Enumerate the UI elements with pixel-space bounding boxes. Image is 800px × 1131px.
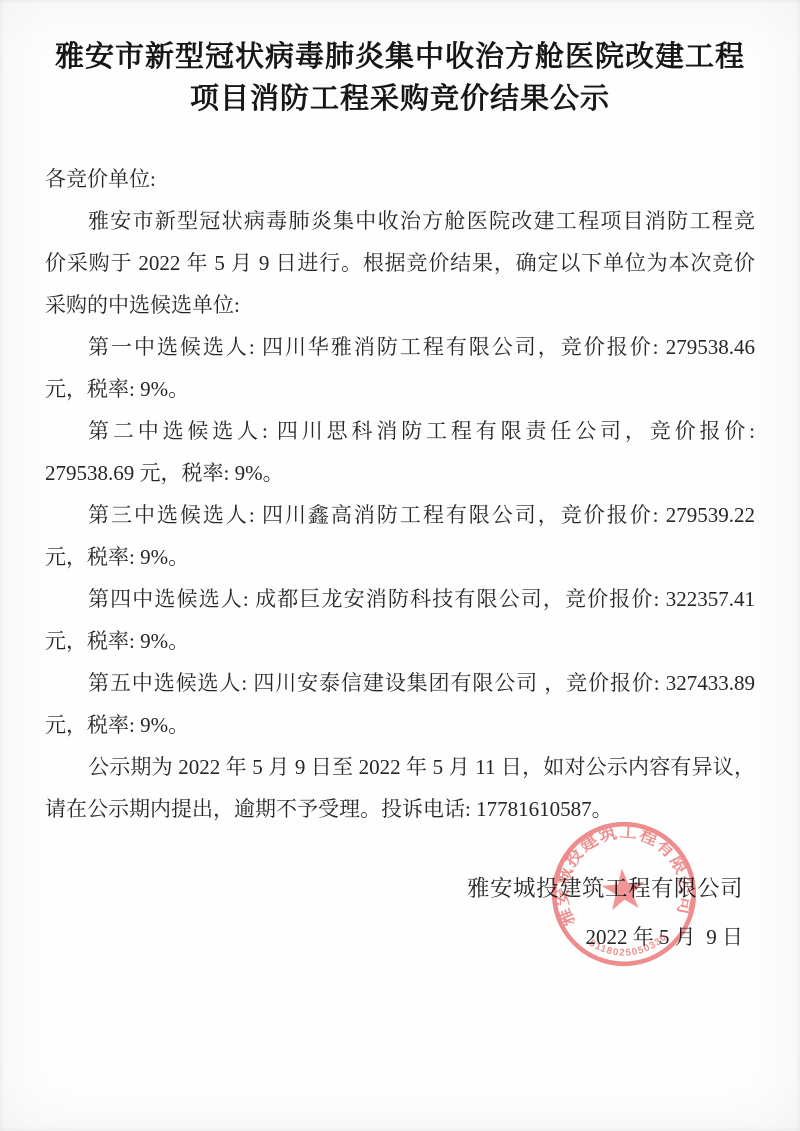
signature-date: 2022 年 5 月 9 日 bbox=[586, 916, 744, 958]
candidate-3-line-1: 第三中选候选人: 四川鑫高消防工程有限公司，竞价报价: 279539.22 bbox=[45, 494, 755, 536]
announcement-page: 雅安市新型冠状病毒肺炎集中收治方舱医院改建工程 项目消防工程采购竞价结果公示 各… bbox=[0, 0, 800, 1131]
intro-line-2: 价采购于 2022 年 5 月 9 日进行。根据竞价结果，确定以下单位为本次竞价 bbox=[45, 242, 755, 284]
title-line-1: 雅安市新型冠状病毒肺炎集中收治方舱医院改建工程 bbox=[0, 36, 800, 78]
salutation: 各竞价单位: bbox=[45, 158, 755, 200]
intro-line-3: 采购的中选候选单位: bbox=[45, 284, 755, 326]
intro-line-1: 雅安市新型冠状病毒肺炎集中收治方舱医院改建工程项目消防工程竞 bbox=[45, 200, 755, 242]
signature-company: 雅安城投建筑工程有限公司 bbox=[467, 868, 743, 910]
candidate-4-line-1: 第四中选候选人: 成都巨龙安消防科技有限公司，竞价报价: 322357.41 bbox=[45, 578, 755, 620]
candidate-4-line-2: 元，税率: 9%。 bbox=[45, 620, 755, 662]
candidate-3-line-2: 元，税率: 9%。 bbox=[45, 536, 755, 578]
candidate-5-line-2: 元，税率: 9%。 bbox=[45, 704, 755, 746]
candidate-2-line-2: 279538.69 元，税率: 9%。 bbox=[45, 452, 755, 494]
notice-line-2: 请在公示期内提出，逾期不予受理。投诉电话: 17781610587。 bbox=[45, 788, 755, 830]
title-line-2: 项目消防工程采购竞价结果公示 bbox=[0, 78, 800, 120]
document-body: 各竞价单位: 雅安市新型冠状病毒肺炎集中收治方舱医院改建工程项目消防工程竞 价采… bbox=[45, 158, 755, 830]
notice-line-1: 公示期为 2022 年 5 月 9 日至 2022 年 5 月 11 日，如对公… bbox=[45, 746, 755, 788]
document-title: 雅安市新型冠状病毒肺炎集中收治方舱医院改建工程 项目消防工程采购竞价结果公示 bbox=[0, 36, 800, 120]
candidate-1-line-1: 第一中选候选人: 四川华雅消防工程有限公司，竞价报价: 279538.46 bbox=[45, 326, 755, 368]
candidate-5-line-1: 第五中选候选人: 四川安泰信建设集团有限公司 ，竞价报价: 327433.89 bbox=[45, 662, 755, 704]
candidate-2-line-1: 第二中选候选人: 四川思科消防工程有限责任公司，竞价报价: bbox=[45, 410, 755, 452]
candidate-1-line-2: 元，税率: 9%。 bbox=[45, 368, 755, 410]
